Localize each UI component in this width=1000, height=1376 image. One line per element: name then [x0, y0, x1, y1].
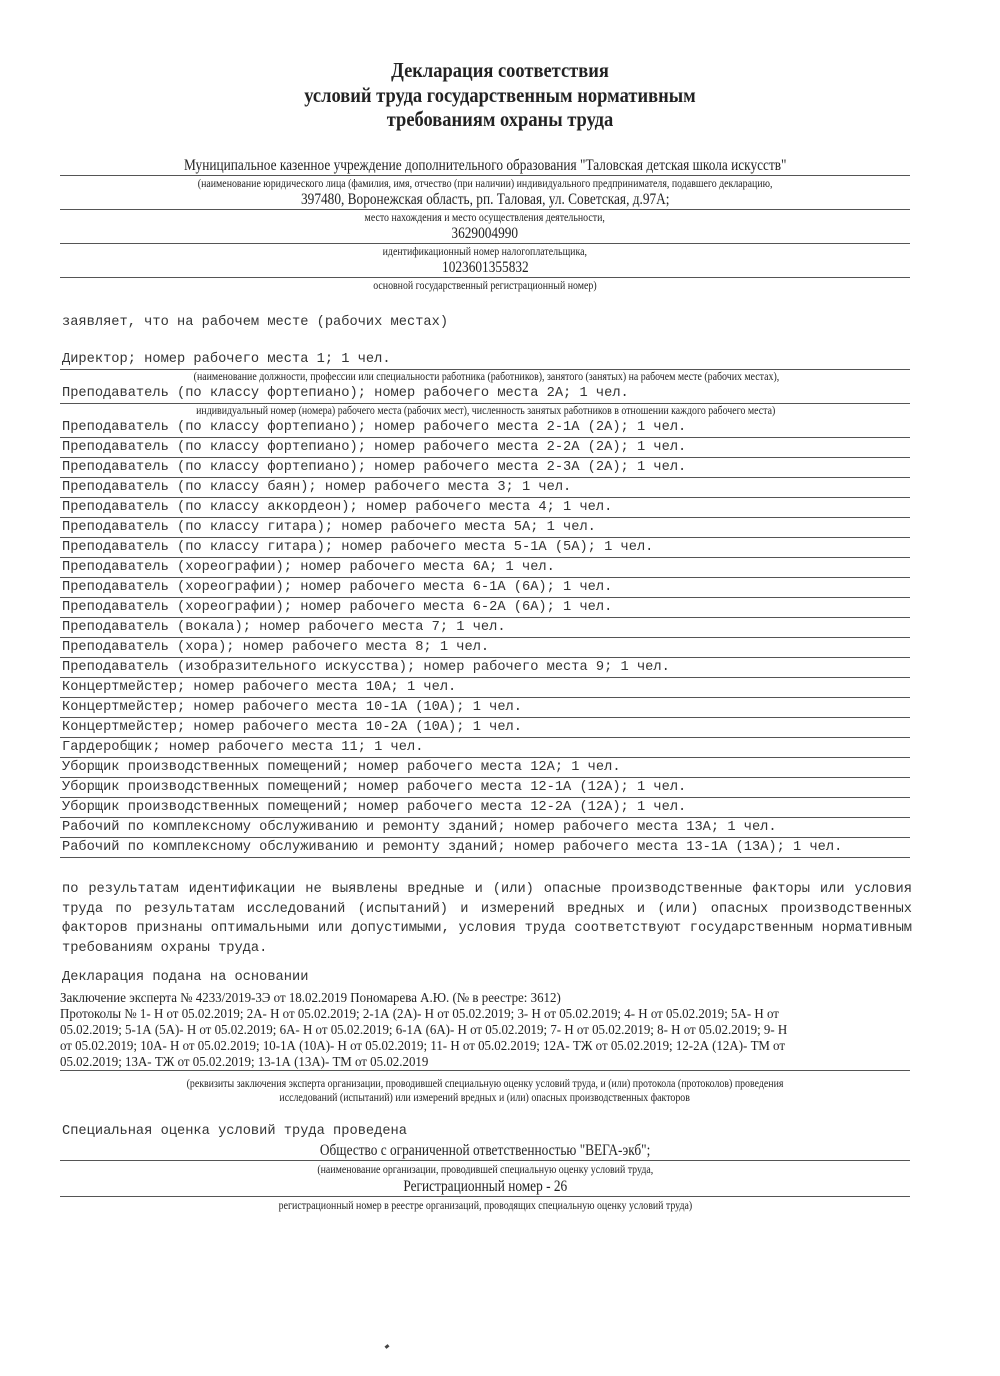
workplace-row: Уборщик производственных помещений; номе…: [60, 758, 910, 778]
workplaces-list: Директор; номер рабочего места 1; 1 чел.…: [60, 350, 910, 858]
sout-registration-number: Регистрационный номер - 26: [60, 1178, 910, 1197]
workplaces-caption-2: индивидуальный номер (номера) рабочего м…: [60, 404, 910, 418]
sout-organization-caption: (наименование организации, проводившей с…: [40, 1163, 930, 1177]
workplace-row: Преподаватель (хореографии); номер рабоч…: [60, 598, 910, 618]
basis-line: Заключение эксперта № 4233/2019-3Э от 18…: [60, 990, 863, 1006]
declarant-name-caption: (наименование юридического лица (фамилия…: [40, 177, 930, 191]
workplace-row: Преподаватель (по классу фортепиано); но…: [60, 458, 910, 478]
workplace-row: Преподаватель (изобразительного искусств…: [60, 658, 910, 678]
workplace-row: Преподаватель (по классу баян); номер ра…: [60, 478, 910, 498]
basis-caption-1: (реквизиты заключения эксперта организац…: [40, 1077, 930, 1091]
workplace-row: Уборщик производственных помещений; номе…: [60, 798, 910, 818]
declarant-ogrn: 1023601355832: [60, 259, 910, 278]
declarant-name: Муниципальное казенное учреждение дополн…: [60, 157, 910, 176]
workplaces-caption-1: (наименование должности, профессии или с…: [60, 370, 910, 384]
workplace-row: Преподаватель (по классу фортепиано); но…: [60, 438, 910, 458]
declarant-ogrn-caption: основной государственный регистрационный…: [40, 279, 930, 293]
workplace-row: Преподаватель (по классу гитара); номер …: [60, 538, 910, 558]
workplace-row: Концертмейстер; номер рабочего места 10А…: [60, 678, 910, 698]
workplace-row: Преподаватель (по классу аккордеон); ном…: [60, 498, 910, 518]
basis-line: Протоколы № 1- Н от 05.02.2019; 2А- Н от…: [60, 1006, 863, 1022]
basis-caption-2: исследований (испытаний) или измерений в…: [40, 1091, 930, 1105]
basis-details: Заключение эксперта № 4233/2019-3Э от 18…: [60, 990, 910, 1071]
workplace-row: Уборщик производственных помещений; номе…: [60, 778, 910, 798]
workplace-row: Преподаватель (по классу фортепиано); но…: [60, 384, 910, 404]
sout-organization: Общество с ограниченной ответственностью…: [60, 1142, 910, 1161]
title-line-3: требованиям охраны труда: [60, 107, 940, 132]
workplace-row: Преподаватель (по классу фортепиано); но…: [60, 418, 910, 438]
basis-line: 05.02.2019; 13А- ТЖ от 05.02.2019; 13-1А…: [60, 1054, 863, 1070]
workplace-row: Преподаватель (хореографии); номер рабоч…: [60, 578, 910, 598]
sout-heading: Специальная оценка условий труда проведе…: [62, 1124, 407, 1139]
workplace-row: Рабочий по комплексному обслуживанию и р…: [60, 818, 910, 838]
conclusion-text: по результатам идентификации не выявлены…: [62, 880, 912, 958]
workplace-row: Преподаватель (по классу гитара); номер …: [60, 518, 910, 538]
declarant-inn-caption: идентификационный номер налогоплательщик…: [40, 245, 930, 259]
declarant-inn: 3629004990: [60, 225, 910, 244]
document-title: Декларация соответствия условий труда го…: [0, 58, 1000, 132]
workplace-row: Преподаватель (хора); номер рабочего мес…: [60, 638, 910, 658]
workplace-row: Концертмейстер; номер рабочего места 10-…: [60, 718, 910, 738]
workplace-row: Директор; номер рабочего места 1; 1 чел.: [60, 350, 910, 370]
title-line-2: условий труда государственным нормативны…: [60, 83, 940, 108]
workplace-row: Концертмейстер; номер рабочего места 10-…: [60, 698, 910, 718]
basis-heading: Декларация подана на основании: [62, 970, 308, 985]
declarant-address-caption: место нахождения и место осуществления д…: [40, 211, 930, 225]
declarant-address: 397480, Воронежская область, рп. Таловая…: [60, 191, 910, 210]
workplace-row: Преподаватель (вокала); номер рабочего м…: [60, 618, 910, 638]
workplace-row: Гардеробщик; номер рабочего места 11; 1 …: [60, 738, 910, 758]
title-line-1: Декларация соответствия: [60, 58, 940, 83]
scan-mark: [385, 1344, 390, 1349]
workplace-row: Преподаватель (хореографии); номер рабоч…: [60, 558, 910, 578]
basis-line: 05.02.2019; 5-1А (5А)- Н от 05.02.2019; …: [60, 1022, 863, 1038]
basis-line: от 05.02.2019; 10А- Н от 05.02.2019; 10-…: [60, 1038, 863, 1054]
statement-text: заявляет, что на рабочем месте (рабочих …: [62, 315, 448, 330]
sout-registration-caption: регистрационный номер в реестре организа…: [40, 1199, 930, 1213]
workplace-row: Рабочий по комплексному обслуживанию и р…: [60, 838, 910, 858]
declaration-page: Декларация соответствия условий труда го…: [0, 0, 1000, 1376]
